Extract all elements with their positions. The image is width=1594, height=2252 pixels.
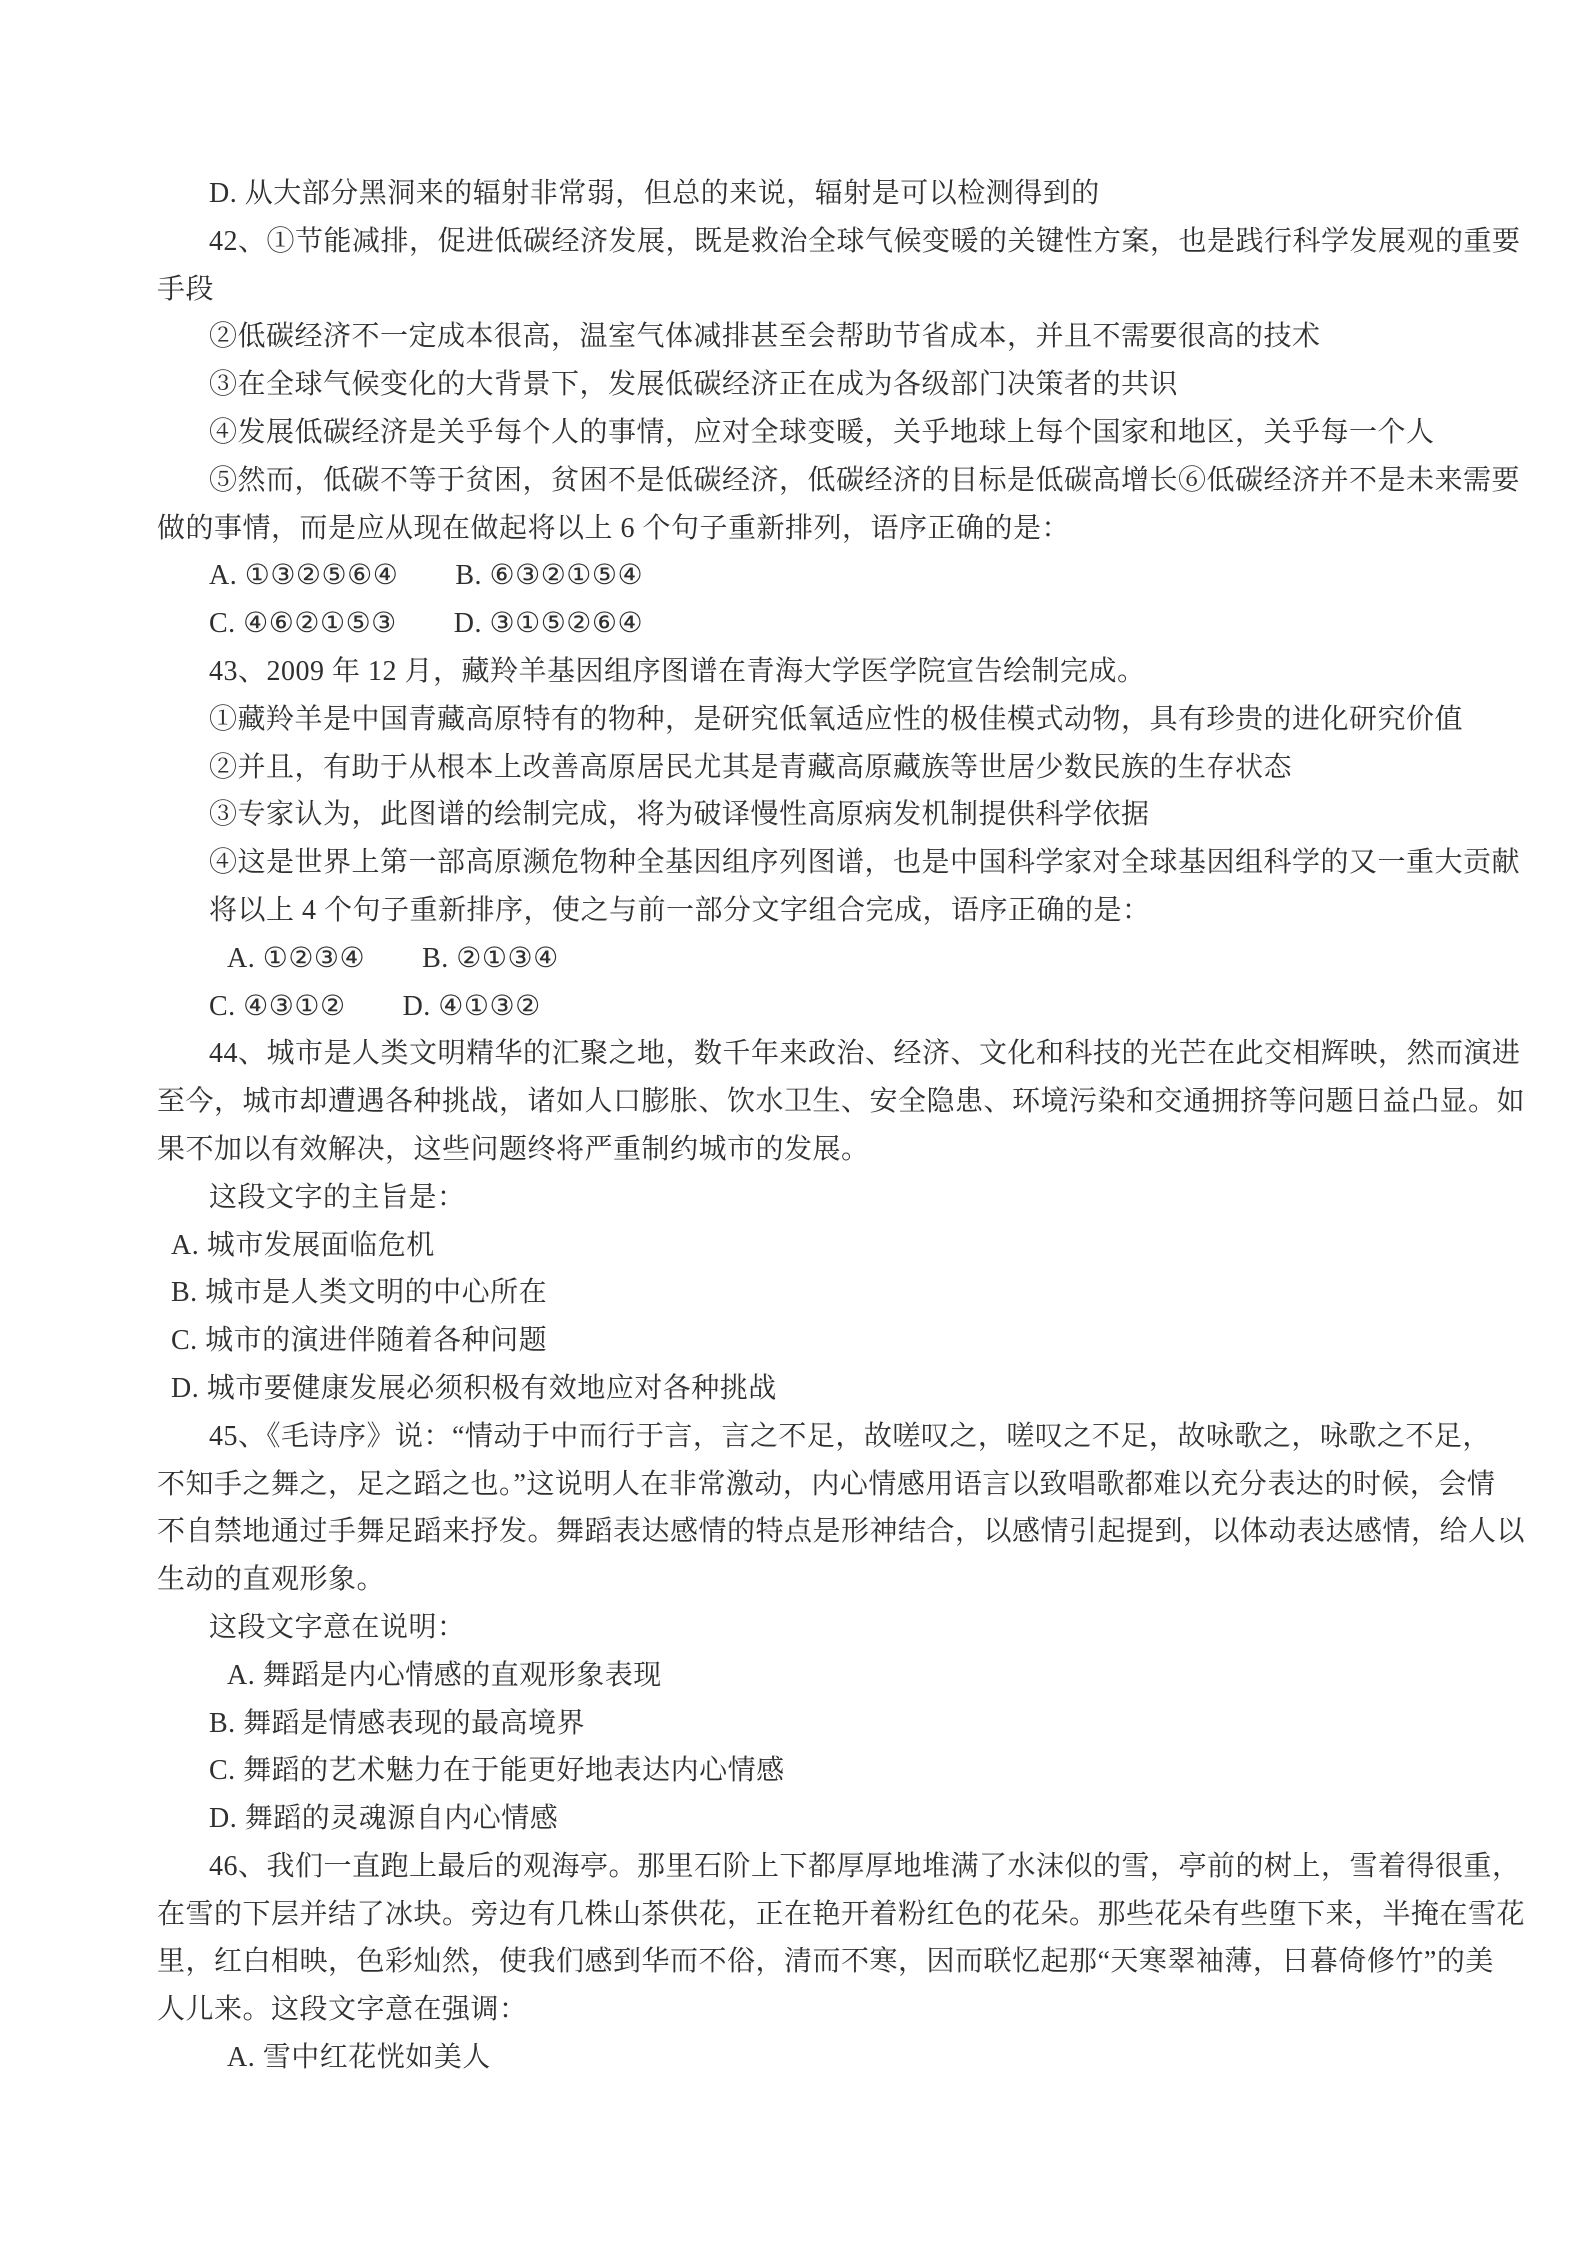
q44-question: 这段文字的主旨是： [157, 1174, 1504, 1222]
q42-stem-line1: 42、①节能减排，促进低碳经济发展，既是救治全球气候变暖的关键性方案，也是践行科… [157, 218, 1504, 266]
q43-instruction: 将以上 4 个句子重新排序，使之与前一部分文字组合完成，语序正确的是： [157, 887, 1504, 935]
q44-option-c: C. 城市的演进伴随着各种问题 [157, 1317, 1504, 1365]
q43-options-ab: A. ①②③④ B. ②①③④ [157, 935, 1504, 983]
q45-option-c: C. 舞蹈的艺术魅力在于能更好地表达内心情感 [157, 1747, 1504, 1795]
q45-question: 这段文字意在说明： [157, 1604, 1504, 1652]
q43-options-cd: C. ④③①② D. ④①③② [157, 983, 1504, 1031]
q45-stem-line3: 不自禁地通过手舞足蹈来抒发。舞蹈表达感情的特点是形神结合，以感情引起提到，以体动… [157, 1508, 1504, 1556]
q45-stem-line1: 45、《毛诗序》说：“情动于中而行于言，言之不足，故嗟叹之，嗟叹之不足，故咏歌之… [157, 1413, 1504, 1461]
q45-option-d: D. 舞蹈的灵魂源自内心情感 [157, 1795, 1504, 1843]
q44-stem-line1: 44、城市是人类文明精华的汇聚之地，数千年来政治、经济、文化和科技的光芒在此交相… [157, 1030, 1504, 1078]
q42-instruction: 做的事情，而是应从现在做起将以上 6 个句子重新排列，语序正确的是： [157, 505, 1504, 553]
q43-sentence-3: ③专家认为，此图谱的绘制完成，将为破译慢性高原病发机制提供科学依据 [157, 791, 1504, 839]
q42-stem-line2: 手段 [157, 266, 1504, 314]
q44-option-b: B. 城市是人类文明的中心所在 [157, 1269, 1504, 1317]
q44-option-d: D. 城市要健康发展必须积极有效地应对各种挑战 [157, 1365, 1504, 1413]
q43-stem: 43、2009 年 12 月，藏羚羊基因组序图谱在青海大学医学院宣告绘制完成。 [157, 648, 1504, 696]
q42-sentence-5-6: ⑤然而，低碳不等于贫困，贫困不是低碳经济，低碳经济的目标是低碳高增长⑥低碳经济并… [157, 457, 1504, 505]
q44-stem-line2: 至今，城市却遭遇各种挑战，诸如人口膨胀、饮水卫生、安全隐患、环境污染和交通拥挤等… [157, 1078, 1504, 1126]
q46-stem-line1: 46、我们一直跑上最后的观海亭。那里石阶上下都厚厚地堆满了水沫似的雪，亭前的树上… [157, 1843, 1504, 1891]
q46-question: 人儿来。这段文字意在强调： [157, 1986, 1504, 2034]
q43-sentence-1: ①藏羚羊是中国青藏高原特有的物种，是研究低氧适应性的极佳模式动物，具有珍贵的进化… [157, 696, 1504, 744]
q43-sentence-4: ④这是世界上第一部高原濒危物种全基因组序列图谱，也是中国科学家对全球基因组科学的… [157, 839, 1504, 887]
q42-sentence-4: ④发展低碳经济是关乎每个人的事情，应对全球变暖，关乎地球上每个国家和地区，关乎每… [157, 409, 1504, 457]
q44-stem-line3: 果不加以有效解决，这些问题终将严重制约城市的发展。 [157, 1126, 1504, 1174]
q46-stem-line2: 在雪的下层并结了冰块。旁边有几株山茶供花，正在艳开着粉红色的花朵。那些花朵有些堕… [157, 1891, 1504, 1939]
q43-sentence-2: ②并且，有助于从根本上改善高原居民尤其是青藏高原藏族等世居少数民族的生存状态 [157, 744, 1504, 792]
q45-option-b: B. 舞蹈是情感表现的最高境界 [157, 1700, 1504, 1748]
q46-option-a: A. 雪中红花恍如美人 [157, 2034, 1504, 2082]
q41-option-d: D. 从大部分黑洞来的辐射非常弱，但总的来说，辐射是可以检测得到的 [157, 170, 1504, 218]
q45-option-a: A. 舞蹈是内心情感的直观形象表现 [157, 1652, 1504, 1700]
q45-stem-line4: 生动的直观形象。 [157, 1556, 1504, 1604]
q46-stem-line3: 里，红白相映，色彩灿然，使我们感到华而不俗，清而不寒，因而联忆起那“天寒翠袖薄，… [157, 1938, 1504, 1986]
q42-sentence-3: ③在全球气候变化的大背景下，发展低碳经济正在成为各级部门决策者的共识 [157, 361, 1504, 409]
q42-options-cd: C. ④⑥②①⑤③ D. ③①⑤②⑥④ [157, 600, 1504, 648]
q42-sentence-2: ②低碳经济不一定成本很高，温室气体减排甚至会帮助节省成本，并且不需要很高的技术 [157, 313, 1504, 361]
q45-stem-line2: 不知手之舞之，足之蹈之也。”这说明人在非常激动，内心情感用语言以致唱歌都难以充分… [157, 1461, 1504, 1509]
exam-page: D. 从大部分黑洞来的辐射非常弱，但总的来说，辐射是可以检测得到的 42、①节能… [0, 0, 1594, 2252]
q44-option-a: A. 城市发展面临危机 [157, 1222, 1504, 1270]
q42-options-ab: A. ①③②⑤⑥④ B. ⑥③②①⑤④ [157, 552, 1504, 600]
